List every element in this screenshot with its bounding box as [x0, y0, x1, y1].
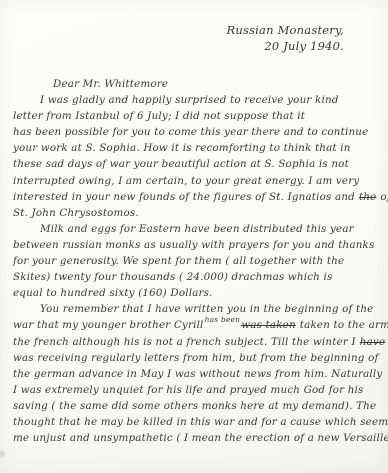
letter-line: has been possible for you to come this y…: [13, 124, 384, 140]
letter-line: I was gladly and happily surprised to re…: [13, 92, 384, 108]
letter-line: the german advance in May I was without …: [13, 366, 384, 382]
letter-line: me unjust and unsympathetic ( I mean the…: [13, 430, 384, 446]
letter-line: was receiving regularly letters from him…: [13, 350, 384, 366]
letter-line: interrupted owing, I am certain, to your…: [13, 173, 384, 189]
letter-line-with-strikethrough: the french although his is not a french …: [13, 334, 384, 350]
line-text: taken to the army by: [300, 319, 388, 331]
scanned-letter-page: Russian Monastery, 20 July 1940. Dear Mr…: [0, 0, 388, 473]
letter-line-with-insert-and-strikethrough: war that my younger brother Cyrillhas be…: [13, 317, 384, 333]
letter-heading: Russian Monastery, 20 July 1940.: [0, 22, 344, 54]
paragraph-1: I was gladly and happily surprised to re…: [13, 92, 384, 221]
letter-line: equal to hundred sixty (160) Dollars.: [13, 285, 384, 301]
letter-line: these sad days of war your beautiful act…: [13, 156, 384, 172]
line-text: of: [380, 191, 388, 203]
line-text: interested in your new founds of the fig…: [13, 191, 355, 203]
letter-line: thought that he may be killed in this wa…: [13, 414, 384, 430]
letter-line: St. John Chrysostomos.: [13, 205, 384, 221]
paragraph-3: You remember that I have written you in …: [13, 301, 384, 446]
struck-out-words: was taken: [241, 319, 296, 331]
paragraph-2: Milk and eggs for Eastern have been dist…: [13, 221, 384, 301]
struck-out-word: the: [359, 191, 376, 203]
letter-line: saving ( the same did some others monks …: [13, 398, 384, 414]
letter-line: Skites) twenty four thousands ( 24.000) …: [13, 269, 384, 285]
letter-line: your work at S. Sophia. How it is recomf…: [13, 140, 384, 156]
scan-smudge-artifact: [0, 449, 6, 459]
letter-body: Dear Mr. Whittemore I was gladly and hap…: [13, 76, 384, 446]
letter-line: for your generosity. We spent for them (…: [13, 253, 384, 269]
letter-salutation: Dear Mr. Whittemore: [13, 76, 384, 92]
letter-date: 20 July 1940.: [0, 38, 344, 54]
letter-line: Milk and eggs for Eastern have been dist…: [13, 221, 384, 237]
letter-line: You remember that I have written you in …: [13, 301, 384, 317]
line-text: the french although his is not a french …: [13, 336, 356, 348]
letter-line: letter from Istanbul of 6 July; I did no…: [13, 108, 384, 124]
letter-place: Russian Monastery,: [0, 22, 344, 38]
line-text: war that my younger brother Cyrill: [13, 319, 204, 331]
letter-line: I was extremely unquiet for his life and…: [13, 382, 384, 398]
letter-line: between russian monks as usually with pr…: [13, 237, 384, 253]
struck-out-word: have: [360, 336, 385, 348]
letter-line-with-strikethrough: interested in your new founds of the fig…: [13, 189, 384, 205]
